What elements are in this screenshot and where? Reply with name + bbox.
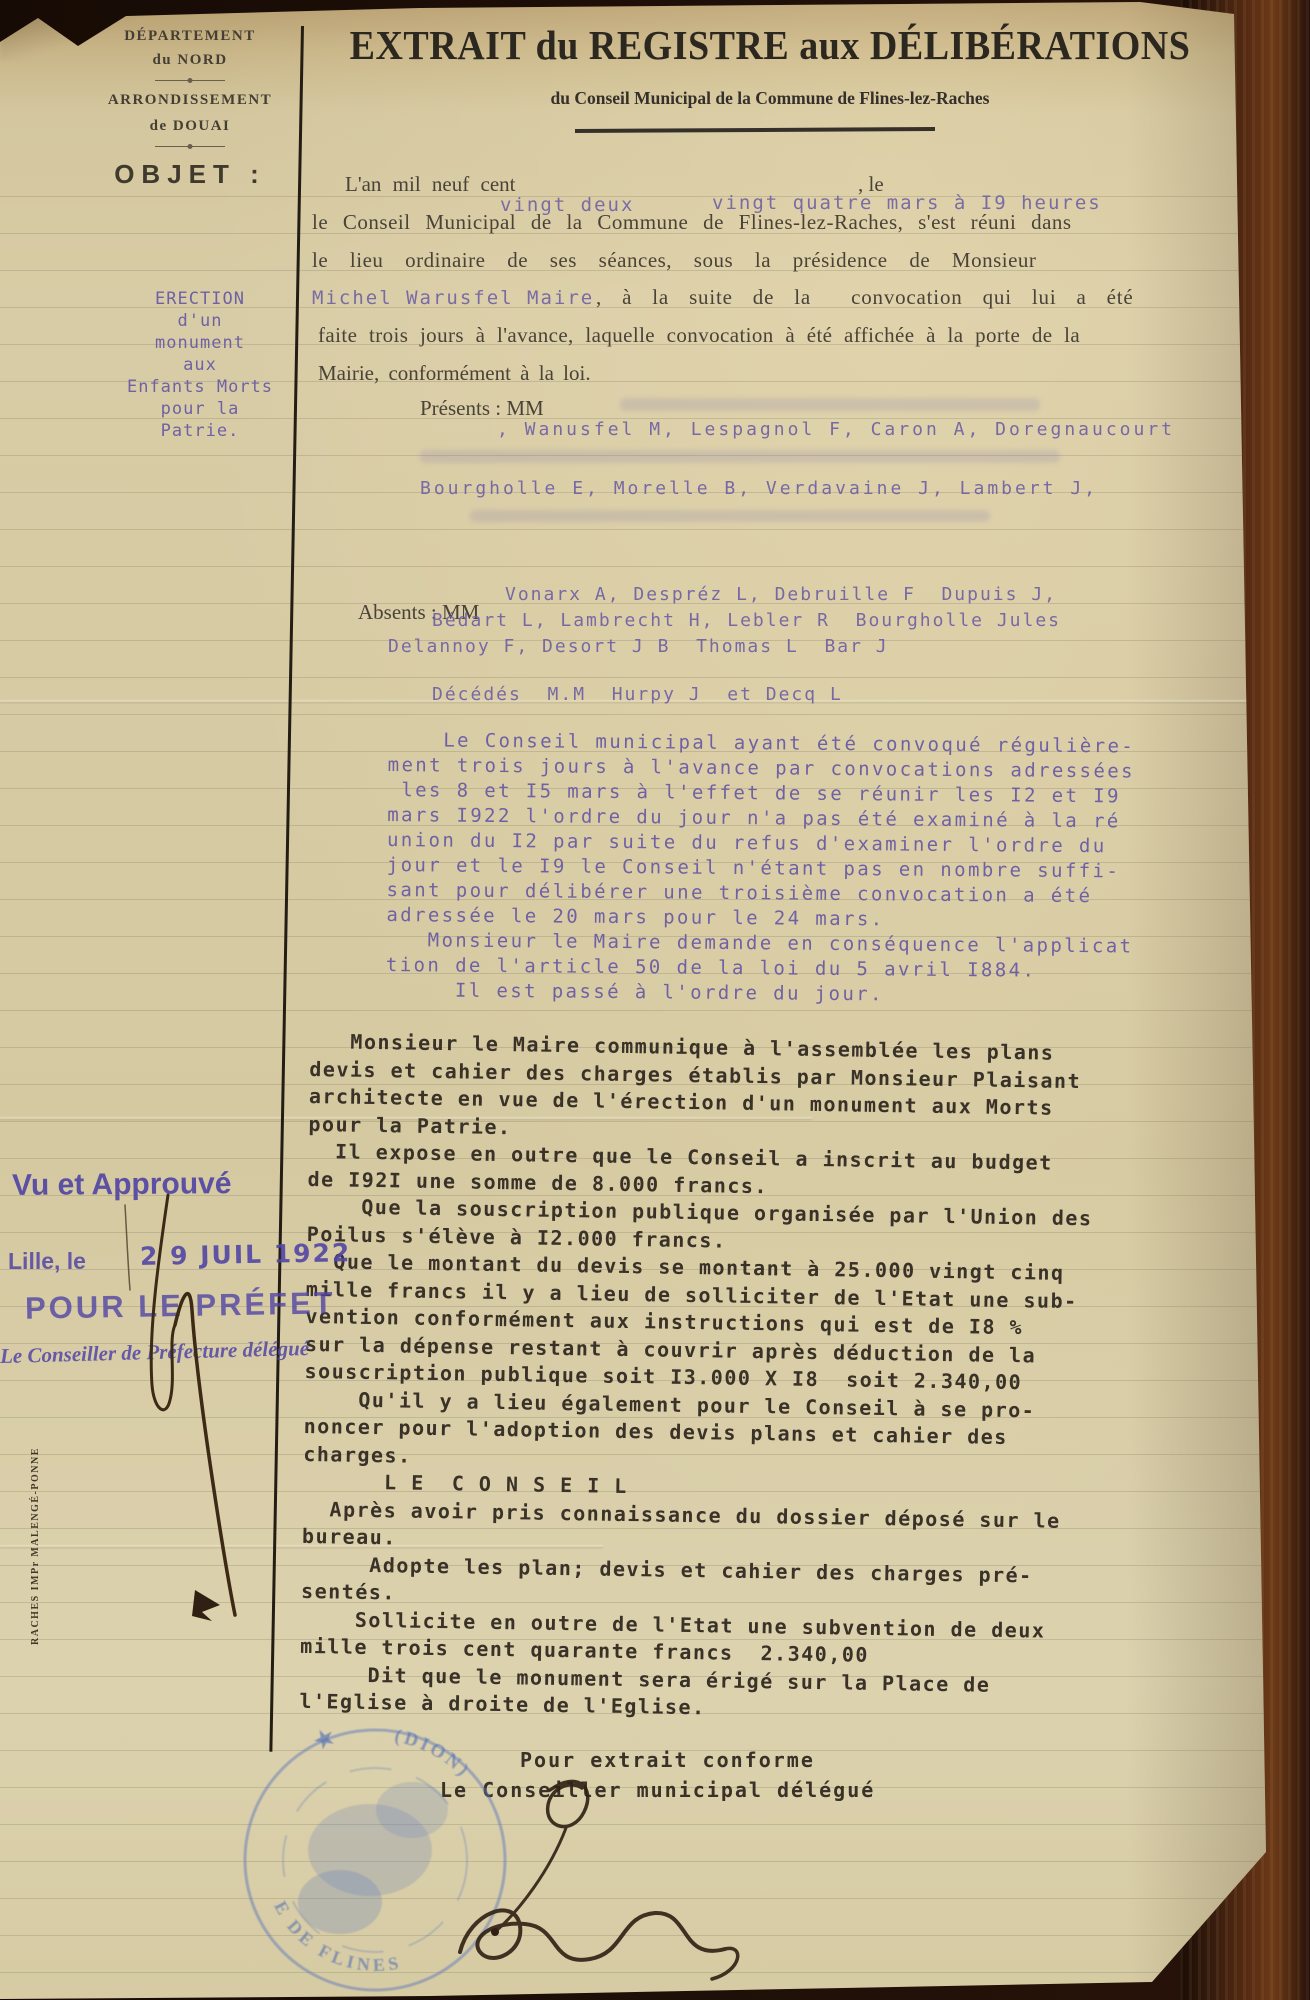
page-subtitle: du Conseil Municipal de la Commune de Fl… [320,88,1220,109]
printer-credit: RACHES IMPr MALENGÉ-PONNE [30,1447,41,1645]
title-rule [575,127,935,133]
objet-typed-block: ERECTIONd'unmonumentauxEnfants Mortspour… [100,288,300,442]
preamble-line: Mairie, conformément à la loi. [318,361,591,385]
departement-label: DÉPARTEMENT [95,28,285,45]
absents-names-line: Vonarx A, Despréz L, Debruille F Dupuis … [505,584,1057,605]
pen-flourish [0,1100,400,1700]
departement-value: du NORD [95,52,285,69]
page-title: EXTRAIT du REGISTRE aux DÉLIBÉRATIONS [320,22,1220,70]
arrondissement-label: ARRONDISSEMENT [95,92,285,109]
margin-column: DÉPARTEMENT du NORD ARRONDISSEMENT de DO… [95,28,285,190]
ink-smudge [470,510,990,522]
paper-sheet: DÉPARTEMENT du NORD ARRONDISSEMENT de DO… [0,0,1310,2000]
typed-purple-paragraph: Le Conseil municipal ayant été convoqué … [386,728,1136,1010]
signature [400,1760,820,2000]
text-line: Enfants Morts [100,376,300,398]
ink-blot [192,1590,220,1621]
presents-names-line: , Wanusfel M, Lespagnol F, Caron A, Dore… [497,419,1175,440]
divider-ornament-icon [155,80,225,81]
arrondissement-value: de DOUAI [95,118,285,135]
preamble-line: le Conseil Municipal de la Commune de Fl… [312,210,1072,234]
text-line: aux [100,354,300,376]
absents-names-line: Delannoy F, Desort J B Thomas L Bar J [388,636,889,657]
text-line: Patrie. [100,420,300,442]
preamble-line: le lieu ordinaire de ses séances, sous l… [312,248,1036,272]
photographed-document: DÉPARTEMENT du NORD ARRONDISSEMENT de DO… [0,0,1310,2000]
text-line: monument [100,332,300,354]
preamble-line: faite trois jours à l'avance, laquelle c… [318,323,1080,347]
preamble-line: L'an mil neuf cent [345,172,515,196]
absents-names-line: Bédart L, Lambrecht H, Lebler R Bourghol… [432,610,1061,631]
divider-ornament-icon [155,146,225,147]
text-line: d'un [100,310,300,332]
typed-black-paragraph: Monsieur le Maire communique à l'assembl… [299,1028,1095,1728]
objet-label: OBJET : [95,159,285,190]
seal-star-icon: ★ [307,1721,341,1758]
typed-fill-president: Michel Warusfel Maire [312,287,594,309]
presents-label: Présents : MM [420,396,544,420]
deceased-line: Décédés M.M Hurpy J et Decq L [432,684,843,705]
presents-names-line: Bourgholle E, Morelle B, Verdavaine J, L… [420,478,1098,499]
text-line: pour la [100,398,300,420]
ink-smudge [420,450,1060,463]
preamble-line: , à la suite de la convocation qui lui a… [596,285,1134,309]
text-line: ERECTION [100,288,300,310]
ink-smudge [620,398,1040,411]
